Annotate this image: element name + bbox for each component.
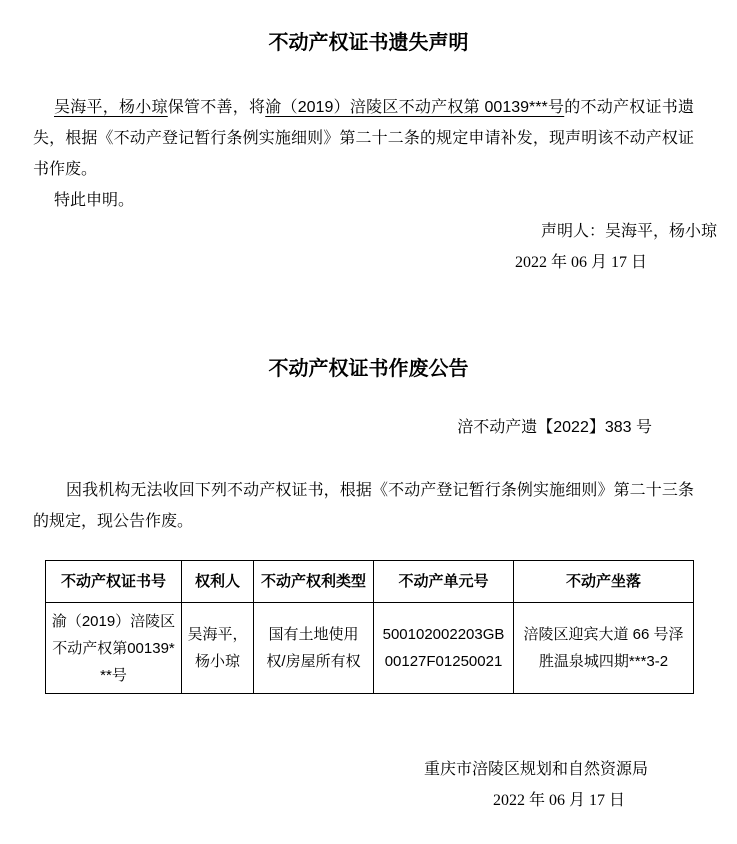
issuer-authority: 重庆市涪陵区规划和自然资源局	[0, 754, 648, 785]
header-unit-number: 不动产单元号	[374, 561, 514, 603]
header-certificate-number: 不动产权证书号	[46, 561, 182, 603]
table-header-row: 不动产权证书号 权利人 不动产权利类型 不动产单元号 不动产坐落	[46, 561, 694, 603]
certificate-number-underlined: 渝（2019）涪陵区不动产权第 00139***号	[265, 99, 564, 116]
document-page: 不动产权证书遗失声明 吴海平，杨小琼保管不善，将渝（2019）涪陵区不动产权第 …	[0, 0, 737, 844]
cell-rights-type: 国有土地使用权/房屋所有权	[254, 603, 374, 694]
declaration-date: 2022 年 06 月 17 日	[0, 247, 647, 278]
announcement-title: 不动产权证书作废公告	[0, 356, 737, 382]
header-rights-type: 不动产权利类型	[254, 561, 374, 603]
header-rights-holder: 权利人	[182, 561, 254, 603]
declarant-names-underlined: 吴海平，杨小琼	[54, 99, 168, 116]
declaration-body-text-1: 保管不善，将	[168, 99, 266, 116]
announcement-body: 因我机构无法收回下列不动产权证书，根据《不动产登记暂行条例实施细则》第二十三条的…	[33, 475, 694, 537]
declaration-title: 不动产权证书遗失声明	[0, 0, 737, 56]
table-row: 渝（2019）涪陵区不动产权第00139***号 吴海平，杨小琼 国有土地使用权…	[46, 603, 694, 694]
cell-unit-number: 500102002203GB00127F01250021	[374, 603, 514, 694]
certificates-table: 不动产权证书号 权利人 不动产权利类型 不动产单元号 不动产坐落 渝（2019）…	[45, 560, 694, 694]
announcement-date: 2022 年 06 月 17 日	[0, 785, 625, 816]
cell-rights-holder: 吴海平，杨小琼	[182, 603, 254, 694]
cell-certificate-number: 渝（2019）涪陵区不动产权第00139***号	[46, 603, 182, 694]
document-number: 涪不动产遗【2022】383 号	[0, 412, 652, 443]
declaration-body: 吴海平，杨小琼保管不善，将渝（2019）涪陵区不动产权第 00139***号的不…	[33, 92, 694, 185]
declarant-signature-line: 声明人：吴海平，杨小琼	[0, 216, 717, 247]
cell-property-location: 涪陵区迎宾大道 66 号泽胜温泉城四期***3-2	[514, 603, 694, 694]
closing-statement: 特此申明。	[33, 185, 694, 216]
header-property-location: 不动产坐落	[514, 561, 694, 603]
